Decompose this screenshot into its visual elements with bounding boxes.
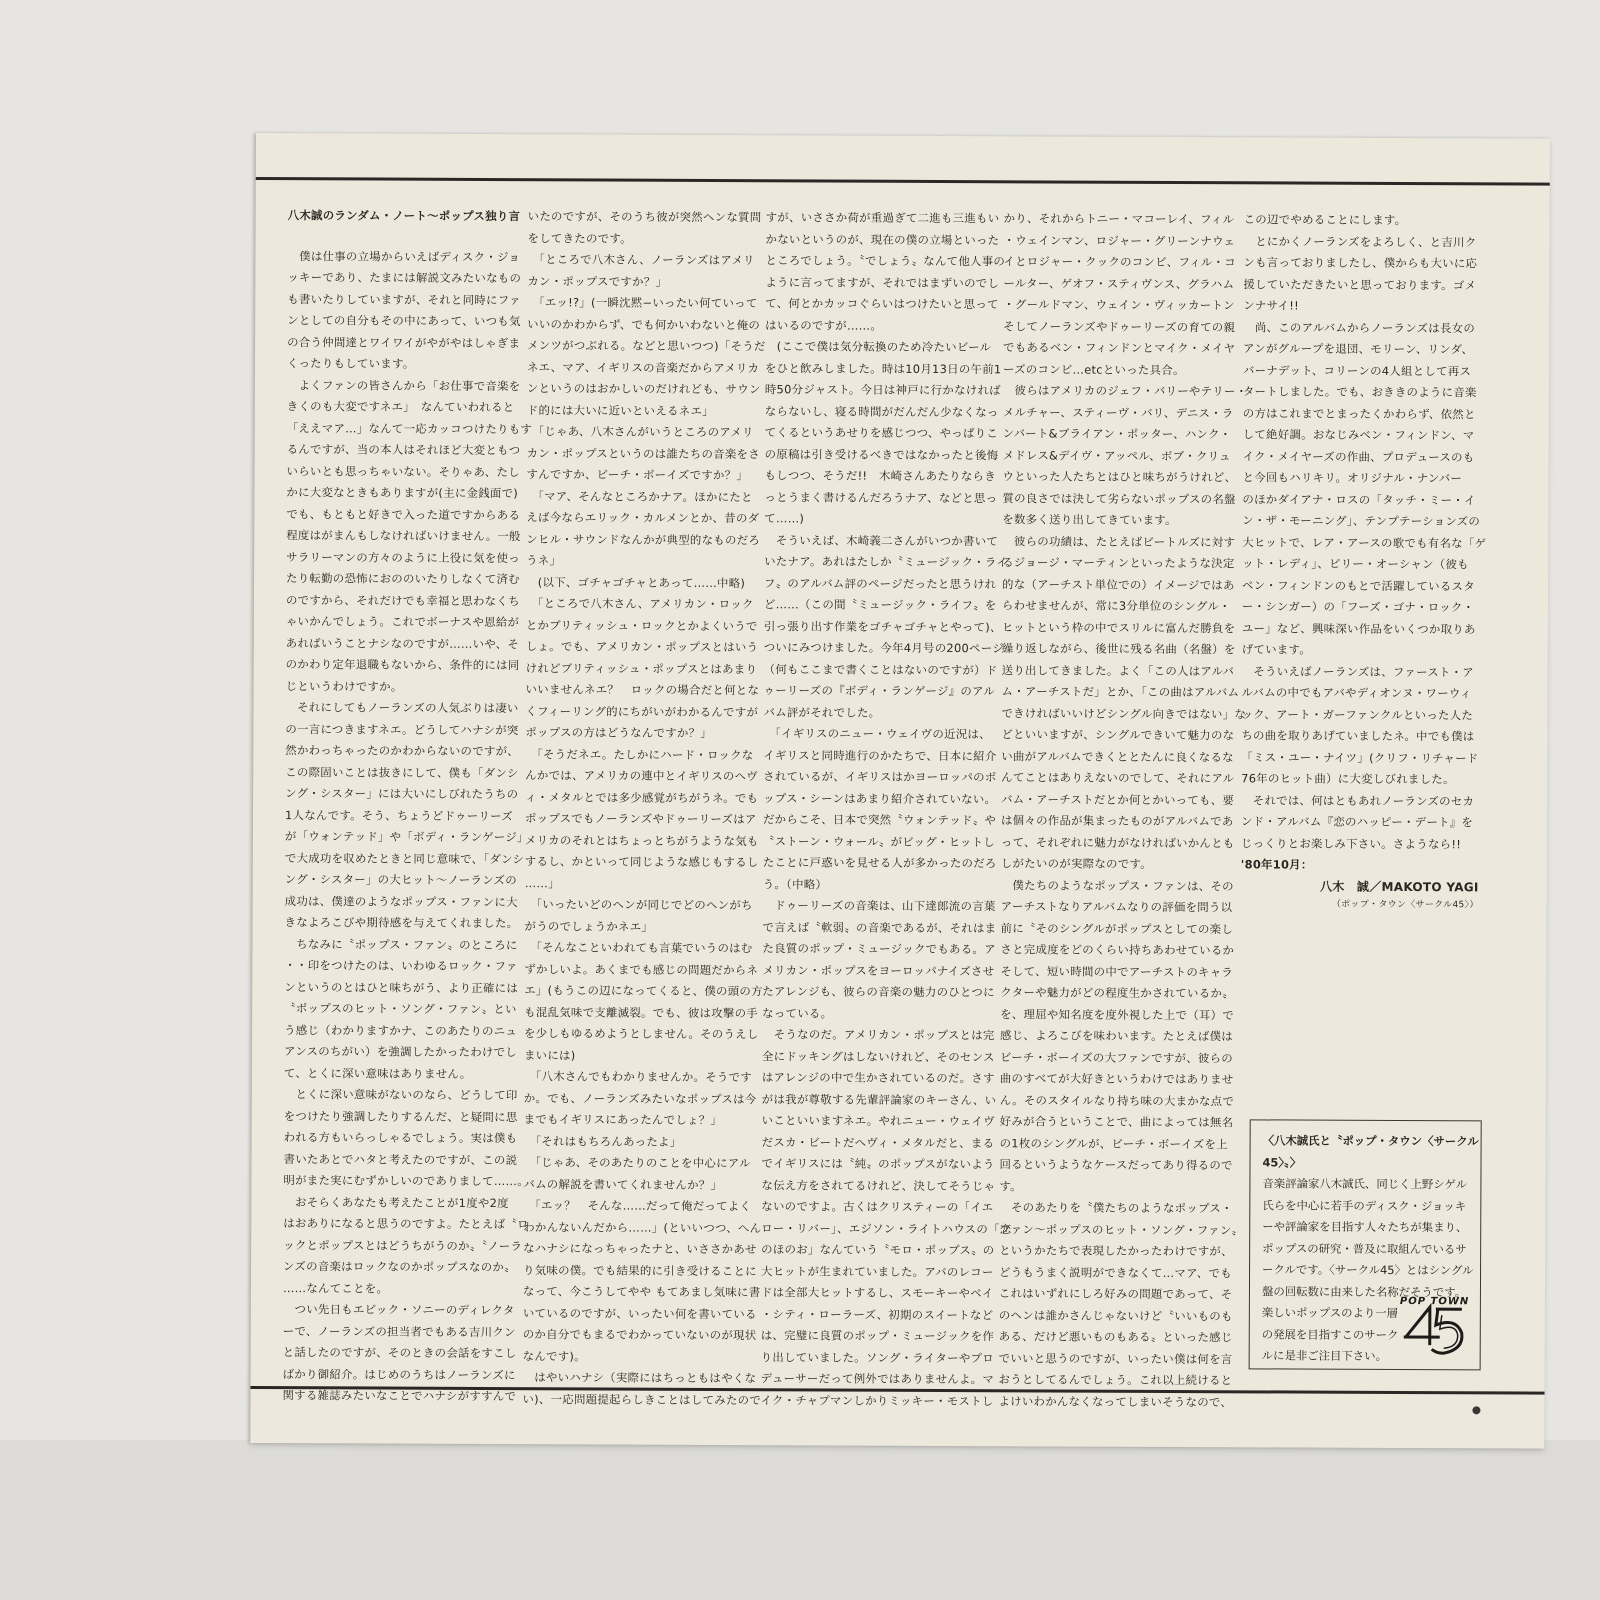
pop-town-info-box: 〈八木誠氏と〝ポップ・タウン〈サークル45〉〟〉 音楽評論家八木誠氏、同じく上野… (1249, 1119, 1482, 1370)
signature-date: '80年10月： (1241, 854, 1479, 877)
text-line: きくのも大変ですネエ」 なんていわれると (287, 396, 519, 419)
text-line: そしてノーランズやドゥーリーズの育ての親 (1003, 316, 1235, 339)
text-line: ドは全部大ヒットするし、スモーキーやベイ (761, 1282, 993, 1305)
text-line: メリカン・ポップスをヨーロッパナイズさせ (762, 960, 994, 983)
text-line: のですから、それだけでも幸福と思わなくち (286, 590, 518, 613)
text-line: な伝え方をされてるけれど、決してそうじゃ (761, 1175, 993, 1198)
text-line: ならないし、寝る時間がだんだん少なくなっ (765, 401, 997, 424)
punch-hole (1472, 1406, 1480, 1414)
text-line: イギリスと同時進行のかたちで、日本に紹介 (763, 745, 995, 768)
text-line: て、とくに深い意味はありません。 (284, 1063, 516, 1086)
text-line: わかんないんだから……」(といいつつ、へん (523, 1217, 755, 1240)
text-line: 「ええマア…」なんて一応カッコつけたりもす (287, 418, 519, 441)
text-line: ン・ザ・モーニング」、テンプテーションズの (1242, 510, 1480, 533)
text-line: ッキーであり、たまには解説文みたいなもの (287, 267, 519, 290)
text-line: ド的には大いに近いといえるネエ」 (527, 400, 759, 423)
text-line: いらいとも思っちゃいない。そりゃあ、たし (286, 461, 518, 484)
text-line: メドレス&デイヴ・アッペル、ボブ・クリュ (1003, 445, 1235, 468)
text-line: ベン・フィンドンのもとで活躍しているスタ (1242, 575, 1480, 598)
text-line: できければいいけどシングル向きではない」な (1001, 703, 1233, 726)
text-line: かないというのが、現在の僕の立場といった (765, 229, 997, 252)
text-line: をつけたり強調したりするんだ、と疑問に思 (284, 1106, 516, 1129)
text-line: 「じゃあ、そのあたりのことを中心にアル (523, 1152, 755, 1175)
text-line: おそらくあなたも考えたことが1度や2度 (283, 1192, 515, 1215)
text-line: ・シティ・ローラーズ、初期のスイートなど (761, 1304, 993, 1327)
text-line: ンバート&ブライアン・ポッター、ハンク・ (1003, 423, 1235, 446)
text-line: 援していただきたいと思っております。ゴメ (1243, 274, 1481, 297)
text-line: ばかり御紹介。はじめのうちはノーランズに (283, 1364, 515, 1387)
text-line: 送り出してきました。よく「この人はアルバ (1002, 660, 1234, 683)
text-line: の一言につきますネエ。どうしてハナシが突 (285, 719, 517, 742)
text-line: 76年のヒット曲）に大変しびれました。 (1241, 768, 1479, 791)
text-line: て、何とかカッコぐらいはつけたいと思って (765, 293, 997, 316)
text-line: (以下、ゴチャゴチャとあって……中略) (526, 572, 758, 595)
text-line: 僕は仕事の立場からいえばディスク・ジョ (287, 246, 519, 269)
text-line: カン・ポップスですか？」 (527, 271, 759, 294)
text-line: どといいますが、シングルできいて魅力のな (1001, 724, 1233, 747)
text-line: んかでは、アメリカの連中とイギリスのヘヴ (525, 765, 757, 788)
text-line: イとロジャー・クックのコンビ、フィル・コ (1003, 251, 1235, 274)
text-line: というかたちで表現したかったわけですが、 (999, 1240, 1231, 1263)
text-line: 回るというようなケースだってあり得るので (999, 1154, 1231, 1177)
text-line: いこといいますネエ。やれニュー・ウェイヴ (762, 1110, 994, 1133)
text-line: しがたいのが実際なのです。 (1001, 853, 1233, 876)
text-line: っとうまく書けるんだろうナア、などと思っ (764, 487, 996, 510)
text-line: 明がまた実にむずかしいのでありまして……。 (283, 1170, 515, 1193)
text-line: い曲がアルバムできくととたんに良くなるな (1001, 746, 1233, 769)
text-line: じというわけですか。 (286, 676, 518, 699)
text-line: それでは、何はともあれノーランズのセカ (1241, 790, 1479, 813)
text-line: でイギリスには〝純〟のポップスがないよう (761, 1153, 993, 1176)
text-line: して絶好調。おなじみベン・フィンドン、マ (1243, 424, 1481, 447)
text-line: をひと飲みしました。時は10月13日の午前1 (765, 358, 997, 381)
column-4: かり、それからトニー・マコーレイ、フィル・ウェインマン、ロジャー・グリーンナウェ… (998, 208, 1235, 1413)
text-line: ポップスでもノーランズやドゥーリーズはア (525, 808, 757, 831)
text-line: ネエ、マア、イギリスの音楽だからアメリカ (527, 357, 759, 380)
text-line: も書いたりしていますが、それと同時にファ (287, 289, 519, 312)
text-line: ウといった人たちとはひと味ちがうけれど、 (1002, 466, 1234, 489)
text-line: す。 (999, 1176, 1231, 1199)
text-line: 「いったいどのヘンが同じでどのヘンがち (525, 894, 757, 917)
text-line: い)、一応問題提起らしきことはしてみたので (522, 1389, 754, 1412)
text-line: いているのですが、いったい何を書いている (523, 1303, 755, 1326)
text-line: すが、いささか荷が重過ぎて二進も三進もい (766, 207, 998, 230)
text-line: ンド・アルバム『恋のハッピー・デート』を (1241, 811, 1479, 834)
text-line: までもイギリスにあったんでしょ？」 (524, 1109, 756, 1132)
text-line: 「そうだネエ。たしかにハード・ロックな (525, 744, 757, 767)
text-line: イク・メイヤーズの作曲、プロデュースのも (1243, 446, 1481, 469)
text-line: 「そんなこといわれても言葉でいうのはむ (524, 937, 756, 960)
text-line: ム・アーチストだ」とか、「この曲はアルバム (1002, 681, 1234, 704)
text-line: きなよろこびや期待感を与えてくれました。 (285, 912, 517, 935)
text-line: すんですか、ビーチ・ボーイズですか？」 (526, 464, 758, 487)
text-line: それにしてもノーランズの人気ぶりは凄い (285, 697, 517, 720)
text-line: ンも言っておりましたし、僕からも大いに応 (1243, 252, 1481, 275)
text-line: るんですが、当の本人はそれほど大変ともつ (287, 439, 519, 462)
text-line: 大ヒットが生まれていました。アバのレコー (761, 1261, 993, 1284)
info-box-line: ポップスの研究・普及に取組んでいるサ (1262, 1238, 1468, 1260)
text-line: って、それぞれに魅力がなければいかんとも (1001, 832, 1233, 855)
text-line: を数多く送り出してきています。 (1002, 509, 1234, 532)
text-line: イク・チャプマンしかりミッキー・モストし (760, 1390, 992, 1413)
info-box-line: 音楽評論家八木誠氏、同じく上野シゲル (1262, 1173, 1468, 1195)
column-1: 八木誠のランダム・ノート〜ポップス独り言 僕は仕事の立場からいえばディスク・ジョ… (282, 205, 519, 1408)
text-line: ポップスの方はどうなんですか？」 (525, 722, 757, 745)
text-line: ユー」など、興味深い作品をいくつか取りあ (1242, 618, 1480, 641)
text-line: のほかダイアナ・ロスの「タッチ・ミー・イ (1242, 489, 1480, 512)
text-line: ー・シンガー）の「フーズ・ゴナ・ロック・ (1242, 596, 1480, 619)
signature-org: （ポップ・タウン〈サークル45〉） (1241, 894, 1479, 909)
text-line: たアレンジも、彼らの音楽の魅力のひとつに (762, 981, 994, 1004)
text-line: とにかくノーランズをよろしく、と吉川ク (1243, 231, 1481, 254)
text-line: か。でも、ノーランズみたいなポップスは今 (524, 1088, 756, 1111)
text-line: いたのですが、そのうち彼が突然ヘンな質問 (528, 206, 760, 229)
text-line: ドゥーリーズの音楽は、山下達郎流の言葉 (763, 895, 995, 918)
text-line: のヘンは誰かさんじゃないけど〝いいものも (999, 1305, 1231, 1328)
text-line: ット・レディ」、ビリー・オーシャン（彼も (1242, 553, 1480, 576)
text-line: 「じゃあ、八木さんがいうところのアメリ (527, 421, 759, 444)
text-line: 質の良さでは決して劣らないポップスの名盤 (1002, 488, 1234, 511)
text-line: クターや魅力がどの程度生かされているか〟 (1000, 982, 1232, 1005)
text-line: ・・印をつけたのは、いわゆるロック・ファ (284, 955, 516, 978)
text-line: しょ。でも、アメリカン・ポップスとはいう (526, 636, 758, 659)
text-line: も混乱気味で支離滅裂。でも、彼は攻撃の手 (524, 1002, 756, 1025)
info-box-line: 氏らを中心に若手のディスク・ジョッキ (1262, 1195, 1468, 1217)
text-line: とかブリティッシュ・ロックとかよくいうで (526, 615, 758, 638)
text-line: ーズのコンビ…etcといった具合。 (1003, 359, 1235, 382)
text-line: ング・シスター」には大いにしびれたうちの (285, 783, 517, 806)
table-surface (0, 1440, 1600, 1600)
text-line: ……なんてことを。 (283, 1278, 515, 1301)
text-line: さと完成度をどのくらい持ちあわせているか (1000, 939, 1232, 962)
text-line: よけいわかんなくなってしまいそうなので、 (998, 1391, 1230, 1414)
text-line: アンがグループを退団、モリーン、リンダ、 (1243, 338, 1481, 361)
text-line: ゃいかんでしょう。これでボーナスや恩給が (286, 611, 518, 634)
text-line: 時50分ジャスト。今日は神戸に行かなければ (765, 379, 997, 402)
text-line: を少しもゆるめようとしません。そのうえし (524, 1023, 756, 1046)
text-line: だスカ・ビートだヘヴィ・メタルだと、まる (762, 1132, 994, 1155)
text-line: フ〟のアルバム評のページだったと思うけれ (764, 573, 996, 596)
text-line: もしつつ、そうだ!! 木崎さんあたりならき (764, 465, 996, 488)
column-5: この辺でやめることにします。 とにかくノーランズをよろしく、と吉川クンも言ってお… (1241, 209, 1482, 909)
text-line: アンスのちがい）を強調したかったわけでし (284, 1041, 516, 1064)
text-line: まいには) (524, 1045, 756, 1068)
text-line: は個々の作品が集まったものがアルバムであ (1001, 810, 1233, 833)
text-line: バム評がそれでした。 (763, 702, 995, 725)
text-line: 尚、このアルバムからノーランズは長女の (1243, 317, 1481, 340)
text-line: ンというのはおかしいのだけれども、サウン (527, 378, 759, 401)
text-line: の1枚のシングルが、ビーチ・ボーイズを上 (1000, 1133, 1232, 1156)
text-line: バーナデット、コリーンの4人組として再ス (1243, 360, 1481, 383)
text-line: 程度はがまんもしなければいけません。一般 (286, 525, 518, 548)
text-line: 書いたあとでハタと考えたのですが、この説 (283, 1149, 515, 1172)
text-line: 前に〝そのシングルがポップスとしての楽し (1000, 918, 1232, 941)
pop-town-45-logo: POP TOWN (1396, 1291, 1474, 1361)
text-line: 「八木さんでもわかりませんか。そうです (524, 1066, 756, 1089)
text-line: で大成功を収めたときと同じ意味で、「ダンシ (285, 848, 517, 871)
text-line: なハナシになっちゃったナと、いささかあせ (523, 1238, 755, 1261)
text-line: つい先日もエピック・ソニーのディレクタ (283, 1299, 515, 1322)
text-line: 「エッ!?」(一瞬沈黙−いったい何ていって (527, 292, 759, 315)
text-line: 引っ張り出す作業をゴチャゴチャとやって)、 (764, 616, 996, 639)
text-line: ビーチ・ボーイズの大ファンですが、彼らの (1000, 1047, 1232, 1070)
text-line: のほのお」なんていう〝モロ・ポップス〟の (761, 1239, 993, 1262)
text-line: ・グールドマン、ウェイン・ヴィッカートン (1003, 294, 1235, 317)
text-line: ……」 (525, 873, 757, 896)
text-line: そういえば、木崎義二さんがいつか書いて (764, 530, 996, 553)
text-line: うネ」 (526, 550, 758, 573)
signature-name: 八木 誠／MAKOTO YAGI (1241, 876, 1479, 895)
info-box-title-line: 〈八木誠氏と〝ポップ・タウン〈サークル (1263, 1130, 1469, 1152)
text-line: ファン〜ポップスのヒット・ソング・ファン〟 (999, 1219, 1231, 1242)
text-line: そういえばノーランズは、ファースト・ア (1242, 661, 1480, 684)
text-line: た良質のポップ・ミュージックでもある。ア (762, 938, 994, 961)
text-line: そのあたりを〝僕たちのようなポップス・ (999, 1197, 1231, 1220)
text-line: 大ヒットで、レア・アースの歌でも有名な「ゲ (1242, 532, 1480, 555)
text-line: 「イギリスのニュー・ウェイヴの近況は、 (763, 723, 995, 746)
text-line: ちの曲を取りあげていましたネ。中でも僕は (1241, 725, 1479, 748)
info-box-title: 〈八木誠氏と〝ポップ・タウン〈サークル45〉〟〉 (1262, 1130, 1468, 1174)
text-line: でいいと思うのですが、いったい僕は何を言 (999, 1348, 1231, 1371)
text-line: と話したのですが、そのときの会話をすこし (283, 1342, 515, 1365)
text-line: くフィーリング的にちがいがわかるんですが (525, 701, 757, 724)
text-line: たり転勤の恐怖におののいたりしなくて済む (286, 568, 518, 591)
text-line: の方はこれまでとまったくかわらず、依然と (1243, 403, 1481, 426)
text-line: なって、今こうしてやや もてあまし気味に書 (523, 1281, 755, 1304)
text-line: んてことはありえないのでして、それにアル (1001, 767, 1233, 790)
text-line: ーで、ノーランズの担当者でもある吉川クン (283, 1321, 515, 1344)
text-line: ンナサイ!! (1243, 295, 1481, 318)
text-line: 「マア、そんなところかナア。ほかにたと (526, 486, 758, 509)
info-box-title-line: 45〉〟〉 (1262, 1152, 1468, 1174)
logo-text: POP TOWN (1400, 1291, 1469, 1313)
text-line: ンヒル・サウンドなんかが典型的なものだろ (526, 529, 758, 552)
text-line: えば今ならエリック・カルメンとか、昔のダ (526, 507, 758, 530)
text-line: アーチストなりアルバムなりの評価を問う以 (1001, 896, 1233, 919)
text-line: われる方もいらっしゃるでしょう。実は僕も (284, 1127, 516, 1150)
text-line: そして、短い時間の中でアーチストのキャラ (1000, 961, 1232, 984)
text-line: 成功は、僕達のようなポップス・ファンに大 (285, 891, 517, 914)
text-line: 「ミス・ユー・ナイツ」(クリフ・リチャード (1241, 747, 1479, 770)
article-heading: 八木誠のランダム・ノート〜ポップス独り言 (288, 205, 520, 228)
text-line: 感じ、よろこびを味わいます。たとえば僕は (1000, 1025, 1232, 1048)
column-2: いたのですが、そのうち彼が突然ヘンな質問をしてきたのです。 「ところで八木さん、… (522, 206, 759, 1411)
text-line: ついにみつけました。今年4月号の200ページ (764, 637, 996, 660)
text-line: ところでしょう。〝でしょう〟なんて他人事の (765, 250, 997, 273)
text-line: 「エッ？ そんな……だって俺だってよく (523, 1195, 755, 1218)
text-line: かり、それからトニー・マコーレイ、フィル (1004, 208, 1236, 231)
text-line: をしてきたのです。 (527, 228, 759, 251)
text-line: てくるというあせりを感じつつ、やっぱりこ (765, 422, 997, 445)
text-line: バム・アーチストだとか何とかいっても、要 (1001, 789, 1233, 812)
text-line: メルチャー、スティーヴ・バリ、デニス・ラ (1003, 402, 1235, 425)
text-line: の原稿は引き受けるべきではなかったと後悔 (765, 444, 997, 467)
text-line: 〝ポップスのヒット・ソング・ファン〟とい (284, 998, 516, 1021)
text-line: じっくりとお楽しみ下さい。さようなら!! (1241, 833, 1479, 856)
text-line: (ここで僕は気分転換のため冷たいビール (765, 336, 997, 359)
text-line: ・ウェインマン、ロジャー・グリーンナウェ (1003, 230, 1235, 253)
text-line: エ」(もうこの辺になってくると、僕の頭の方 (524, 980, 756, 1003)
text-line: 全にドッキングはしないけれど、そのセンス (762, 1046, 994, 1069)
text-line: るジョージ・マーティンといったような決定 (1002, 552, 1234, 575)
text-line: はいるのですが……。 (765, 315, 997, 338)
text-line: はやいハナシ（実際にはちっともはやくな (523, 1367, 755, 1390)
text-line: ヒットという枠の中でスリルに富んだ勝負を (1002, 617, 1234, 640)
text-line: どうもうまく説明ができなくて…マア、でも (999, 1262, 1231, 1285)
text-line: 僕たちのようなポップス・ファンは、その (1001, 875, 1233, 898)
text-line: いいませんネエ？ ロックの場合だと何とな (526, 679, 758, 702)
text-line: あればいうことナシなのですが……いや、そ (286, 633, 518, 656)
text-line: らわせませんが、常に3分単位のシングル・ (1002, 595, 1234, 618)
text-line: 「それはもちろんあったよ」 (524, 1131, 756, 1154)
text-line: けれどブリティッシュ・ポップスとはあまり (526, 658, 758, 681)
text-line: で言えば〝軟弱〟の音楽であるが、それはま (762, 917, 994, 940)
text-line: するし、かといって同じような感じもするし (525, 851, 757, 874)
text-line: ルバムの中でもアバやディオンヌ・ワーウィ (1242, 682, 1480, 705)
text-line: 的な（アーチスト単位での）イメージではあ (1002, 574, 1234, 597)
text-line: でもあるベン・フィンドンとマイク・メイヤ (1003, 337, 1235, 360)
text-line: がうのでしょうかネエ」 (524, 916, 756, 939)
text-line: ンとしての自分もその中にあって、いつも気 (287, 310, 519, 333)
text-line: ールター、ゲオフ・スティヴンス、グラハム (1003, 273, 1235, 296)
info-box-line: ークルです。〈サークル45〉とはシングル (1262, 1259, 1468, 1281)
text-line: くったりもしています。 (287, 353, 519, 376)
text-line: は、完璧に良質のポップ・ミュージックを作 (761, 1325, 993, 1348)
text-line: 「ところで八木さん、アメリカン・ロック (526, 593, 758, 616)
text-line: ように言ってますが、それではまずいのでし (765, 272, 997, 295)
text-line: カン・ポップスというのは誰たちの音楽をさ (527, 443, 759, 466)
text-line: はアレンジの中で生かされているのだ。さす (762, 1067, 994, 1090)
text-line: ロー・リバー」、エジソン・ライトハウスの「恋 (761, 1218, 993, 1241)
text-line: なんです)。 (523, 1346, 755, 1369)
text-line: の合う仲間達とワイワイがやがやはしゃぎま (287, 332, 519, 355)
text-line: メンツがつぶれる。などと思いつつ)「そうだ (527, 335, 759, 358)
text-line: ップス・シーンはあまり紹介されていない。 (763, 788, 995, 811)
liner-notes-sheet: 八木誠のランダム・ノート〜ポップス独り言 僕は仕事の立場からいえばディスク・ジョ… (250, 133, 1550, 1449)
info-box-line: ーや評論家を目指す人々たちが集まり、 (1262, 1216, 1468, 1238)
text-line: これはいずれにしろ好みの問題であって、そ (999, 1283, 1231, 1306)
text-line: 1人なんです。そう、ちょうどドゥーリーズ (285, 805, 517, 828)
text-line: 〝ストーン・ウォール〟がビッグ・ヒットし (763, 831, 995, 854)
text-line: 「ところで八木さん、ノーランズはアメリ (527, 249, 759, 272)
text-line: ん。そのスタイルなり持ち味の大まかな点で (1000, 1090, 1232, 1113)
text-line: ないのですよ。古くはクリスティーの「イエ (761, 1196, 993, 1219)
top-rule (256, 177, 1550, 186)
text-line: ずかしいよ。あくまでも感じの問題だからネ (524, 959, 756, 982)
text-line: げています。 (1242, 639, 1480, 662)
text-line: いたナア。あれはたしか〝ミュージック・ライ (764, 551, 996, 574)
text-line: う感じ（わかりますかナ、このあたりのニュ (284, 1020, 516, 1043)
text-line: ど……（この間〝ミュージック・ライフ〟を (764, 594, 996, 617)
text-line: バムの解説を書いてくれませんか？」 (523, 1174, 755, 1197)
text-line: ゥーリーズの『ボディ・ランゲージ』のアル (764, 680, 996, 703)
text-line: がは我が尊敬する先輩評論家のキーさん、い (762, 1089, 994, 1112)
text-line: り出していました。ソング・ライターやプロ (761, 1347, 993, 1370)
text-line: かに大変なときもありますが(主に金銭面で) (286, 482, 518, 505)
text-line: サラリーマンの方々のように上役に気を使っ (286, 547, 518, 570)
text-line: たことに戸惑いを見せる人が多かったのだろ (763, 852, 995, 875)
text-line: この辺でやめることにします。 (1244, 209, 1482, 232)
text-line: ィ・メタルとでは多少感覚がちがうネ。でも (525, 787, 757, 810)
text-line: よくファンの皆さんから「お仕事で音楽を (287, 375, 519, 398)
text-line: り気味の僕。でも結果的に引き受けることに (523, 1260, 755, 1283)
text-line: メリカのそれとはちょっとちがうような気も (525, 830, 757, 853)
text-line: のか自分でもまるでわかっていないのが現状 (523, 1324, 755, 1347)
text-line: ックとポップスとはどうちがうのか〟〝ノーラ (283, 1235, 515, 1258)
text-line: デューサーだって例外ではありませんよ。マ (761, 1368, 993, 1391)
text-line: タートしました。でも、おききのように音楽 (1243, 381, 1481, 404)
text-line: 繰り返しながら、後世に残る名曲（名盤）を (1002, 638, 1234, 661)
text-line: だからこそ、日本で突然〝ウォンテッド〟や (763, 809, 995, 832)
text-line: 曲のすべてが大好きというわけではありませ (1000, 1068, 1232, 1091)
text-line: そうなのだ。アメリカン・ポップスとは完 (762, 1024, 994, 1047)
text-line: が「ウォンテッド」や「ボディ・ランゲージ」 (285, 826, 517, 849)
text-line: でも、もともと好きで入った道ですからある (286, 504, 518, 527)
text-line: はおありになると思うのですよ。たとえば〝ロ (283, 1213, 515, 1236)
text-line: を、理屈や知名度を度外視した上で（耳）で (1000, 1004, 1232, 1027)
text-line: と今回もハリキリ。オリジナル・ナンバー (1242, 467, 1480, 490)
text-line: ちなみに〝ポップス・ファン〟のところに (284, 934, 516, 957)
text-line: この際固いことは抜きにして、僕も「ダンシ (285, 762, 517, 785)
text-line: とくに深い意味がないのなら、どうして印 (284, 1084, 516, 1107)
text-line: 然かわっちゃったのかわからないのですが、 (285, 740, 517, 763)
text-line: う。（中略） (763, 874, 995, 897)
text-line: （何もここまで書くことはないのですが）ド (764, 659, 996, 682)
text-line: いいのかわからず、でも何かいわないと俺の (527, 314, 759, 337)
column-3: すが、いささか荷が重過ぎて二進も三進もいかないというのが、現在の僕の立場といった… (760, 207, 997, 1412)
text-line: されているが、イギリスはかヨーロッパのポ (763, 766, 995, 789)
text-line: ある、だけど悪いものもある〟といった感じ (999, 1326, 1231, 1349)
text-line: なっている。 (762, 1003, 994, 1026)
text-line: ンというのとはひと味ちがう、より正確には (284, 977, 516, 1000)
text-line: ック、アート・ガーファンクルといった人た (1241, 704, 1479, 727)
text-line: のかわり定年退職もないから、条件的には同 (286, 654, 518, 677)
text-line: 彼らの功績は、たとえばビートルズに対す (1002, 531, 1234, 554)
text-line: おうとしてるんでしょう。これ以上続けると (999, 1369, 1231, 1392)
text-line: て……) (764, 508, 996, 531)
text-line: 好みが合うということで、曲によっては無名 (1000, 1111, 1232, 1134)
text-line: ング・シスター」の大ヒット〜ノーランズの (285, 869, 517, 892)
text-line: ンズの音楽はロックなのかポップスなのか〟 (283, 1256, 515, 1279)
text-line: 彼らはアメリカのジェフ・バリーやテリー・ (1003, 380, 1235, 403)
